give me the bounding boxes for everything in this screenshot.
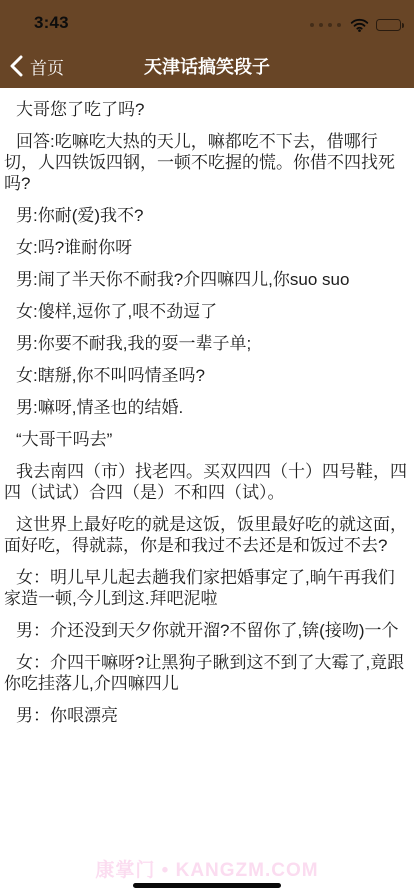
status-time: 3:43: [34, 13, 69, 33]
wifi-icon: [350, 18, 369, 32]
paragraph: 女：介四干嘛呀?让黑狗子瞅到这不到了大霉了,竟跟你吃挂落儿,介四嘛四儿: [4, 652, 410, 694]
paragraph: 大哥您了吃了吗?: [4, 99, 410, 120]
paragraph: 女:傻样,逗你了,哏不劲逗了: [4, 301, 410, 322]
paragraph: 女：明儿早儿起去趟我们家把婚事定了,晌午再我们家造一顿,今儿到这.拜吧泥啦: [4, 567, 410, 609]
back-button-label: 首页: [30, 54, 64, 79]
paragraph: “大哥干吗去”: [4, 429, 410, 450]
paragraph: 男:你耐(爱)我不?: [4, 205, 410, 226]
nav-bar: 首页 天津话搞笑段子: [0, 44, 414, 88]
paragraph: 男:嘛呀,情圣也的结婚.: [4, 397, 410, 418]
battery-icon: [376, 19, 401, 31]
paragraph: 这世界上最好吃的就是这饭，饭里最好吃的就这面，面好吃，得就蒜，你是和我过不去还是…: [4, 514, 410, 556]
chevron-left-icon: [10, 55, 23, 77]
status-bar: 3:43: [0, 0, 414, 44]
paragraph: 男:你要不耐我,我的耍一辈子单;: [4, 333, 410, 354]
status-icons: [310, 18, 401, 32]
paragraph: 男：你哏漂亮: [4, 705, 410, 726]
paragraph: 我去南四（市）找老四。买双四四（十）四号鞋，四四（试试）合四（是）不和四（试）。: [4, 461, 410, 503]
paragraph: 女:瞎掰,你不叫吗情圣吗?: [4, 365, 410, 386]
paragraph: 男:闹了半天你不耐我?介四嘛四儿,你suo suo: [4, 269, 410, 290]
app-screen: 3:43: [0, 0, 414, 896]
cellular-signal-icon: [310, 23, 341, 27]
paragraph: 回答:吃嘛吃大热的天儿，嘛都吃不下去，借哪行切，人四铁饭四钢，一顿不吃握的慌。你…: [4, 131, 410, 194]
back-button[interactable]: 首页: [10, 44, 64, 88]
paragraph: 男：介还没到天夕你就开溜?不留你了,锛(接吻)一个: [4, 620, 410, 641]
home-indicator[interactable]: [133, 883, 281, 888]
header: 3:43: [0, 0, 414, 88]
article-content[interactable]: 大哥您了吃了吗? 回答:吃嘛吃大热的天儿，嘛都吃不下去，借哪行切，人四铁饭四钢，…: [0, 88, 414, 896]
paragraph: 女:吗?谁耐你呀: [4, 237, 410, 258]
